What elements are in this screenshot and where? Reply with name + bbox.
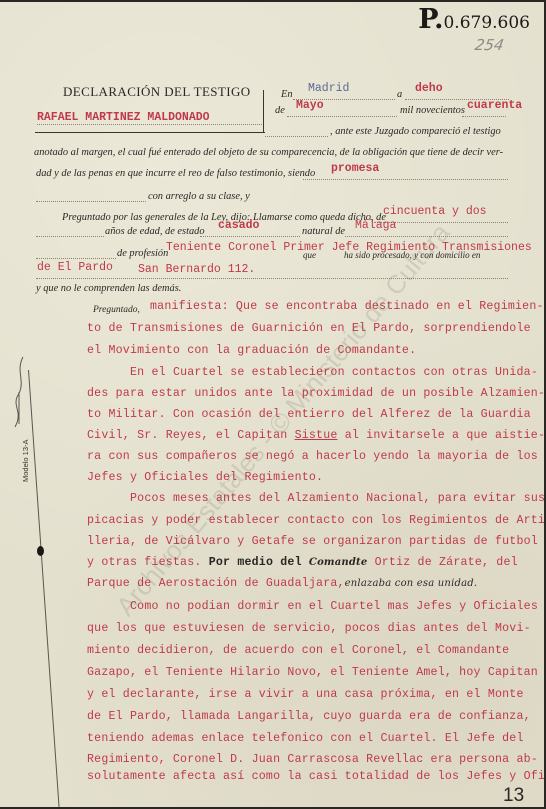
body-line-3: el Movimiento con la graduación de Coman…: [87, 344, 416, 357]
pencil-folio-number: 254: [474, 36, 506, 54]
name-sistue: Sistue: [295, 429, 338, 442]
line8-start-dotline: [36, 236, 104, 237]
line3-dotline: [265, 136, 328, 137]
body-line-7: Civil, Sr. Reyes, el Capitan Sistue al i…: [87, 429, 544, 442]
day-value: deho: [415, 82, 443, 95]
body-line-17: miento decidieron, de acuerdo con el Cor…: [87, 644, 509, 657]
handwritten-comandante: Comandte: [309, 557, 368, 568]
form-line-8b: natural de: [302, 226, 345, 237]
body-line-23: solutamente afecta así como la casi tota…: [87, 770, 544, 783]
civil-status-value: casado: [218, 219, 259, 232]
header-box-right-border: [263, 90, 264, 133]
place-value: Madrid: [308, 82, 349, 95]
body-line-19: y el declarante, irse a vivir a una casa…: [87, 688, 524, 701]
line9-start-dotline: [36, 258, 116, 259]
label-a: a: [397, 89, 402, 100]
year-value: cuarenta: [467, 99, 522, 112]
body-line-7-end: al invitarsele a que aistie-: [338, 429, 544, 442]
body-line-21: teniendo ademas enlace telefonico con el…: [87, 732, 524, 745]
profession-continuation: de El Pardo: [37, 261, 113, 274]
body-line-9: Jefes y Oficiales del Regimiento.: [87, 471, 323, 484]
label-year: mil novecientos: [400, 105, 465, 116]
form-line-8a: años de edad, de estado: [105, 226, 205, 237]
serial-digits: 0.679.606: [443, 13, 530, 33]
form-line-3: , ante este Juzgado compareció el testig…: [330, 126, 501, 137]
body-line-16: que los que estuviesen de servicio, poco…: [87, 622, 531, 635]
address-value: San Bernardo 112.: [138, 263, 255, 276]
header-title: DECLARACIÓN DEL TESTIGO: [63, 84, 251, 100]
handwritten-note: enlazaba con esa unidad.: [345, 578, 478, 589]
body-line-8: ra con sus compañeros se negó a hacerlo …: [87, 450, 538, 463]
body-line-11: picacias y poder establecer contacto con…: [87, 514, 544, 527]
profession-value: Teniente Coronel Primer Jefe Regimiento …: [166, 241, 532, 254]
form-line-9a: de profesión: [117, 248, 168, 259]
label-de: de: [275, 105, 285, 116]
body-line-22: Regimiento, Coronel D. Juan Carrascosa R…: [87, 753, 538, 766]
body-line-18: Gazapo, el Teniente Hilario Novo, el Ten…: [87, 666, 538, 679]
month-dotline: [287, 116, 397, 117]
header-box-bottom-border: [35, 132, 265, 133]
form-line-6: con arreglo a su clase, y: [148, 191, 250, 202]
line6-dotline: [36, 201, 146, 202]
body-line-13-end: Ortiz de Zárate, del: [367, 556, 517, 569]
name-dotted-line: [37, 124, 262, 125]
margin-signature-icon: [5, 352, 35, 432]
age-value: cincuenta y dos: [383, 205, 487, 218]
page-number: 13: [503, 785, 524, 807]
oath-dotline: [303, 179, 508, 180]
document-page: P.0.679.606 254 DECLARACIÓN DEL TESTIGO …: [0, 2, 544, 807]
body-line-1: manifiesta: Que se encontraba destinado …: [150, 300, 544, 313]
address-dotline: [36, 278, 508, 279]
ink-blot: [37, 546, 44, 556]
margin-fold-line: [28, 370, 60, 807]
form-line-5: dad y de las penas en que incurre el reo…: [36, 168, 315, 179]
margin-form-code: Modelo 13-A: [21, 439, 30, 482]
preguntado-label: Preguntado,: [93, 305, 140, 315]
birthplace-value: Málaga: [355, 219, 396, 232]
year-dotline: [462, 116, 506, 117]
body-line-12: lleria, de Vicálvaro y Getafe se organiz…: [87, 535, 538, 548]
serial-prefix: P.: [418, 4, 443, 35]
witness-name: RAFAEL MARTINEZ MALDONADO: [37, 111, 210, 124]
por-medio-text: Por medio del: [209, 556, 309, 569]
serial-number: P.0.679.606: [418, 4, 530, 35]
civil-status-dotline: [200, 236, 300, 237]
label-en: En: [281, 89, 293, 100]
body-line-15: Como no podian dormir en el Cuartel mas …: [130, 600, 538, 613]
body-line-2: to de Transmisiones de Guarnición en El …: [87, 322, 531, 335]
form-line-10: y que no le comprenden las demás.: [36, 283, 181, 294]
body-line-20: de El Pardo, llamada Langarilla, cuyo gu…: [87, 710, 531, 723]
month-value: Mayo: [296, 99, 324, 112]
form-line-4: anotado al margen, el cual fué enterado …: [34, 147, 503, 158]
oath-value: promesa: [331, 162, 379, 175]
